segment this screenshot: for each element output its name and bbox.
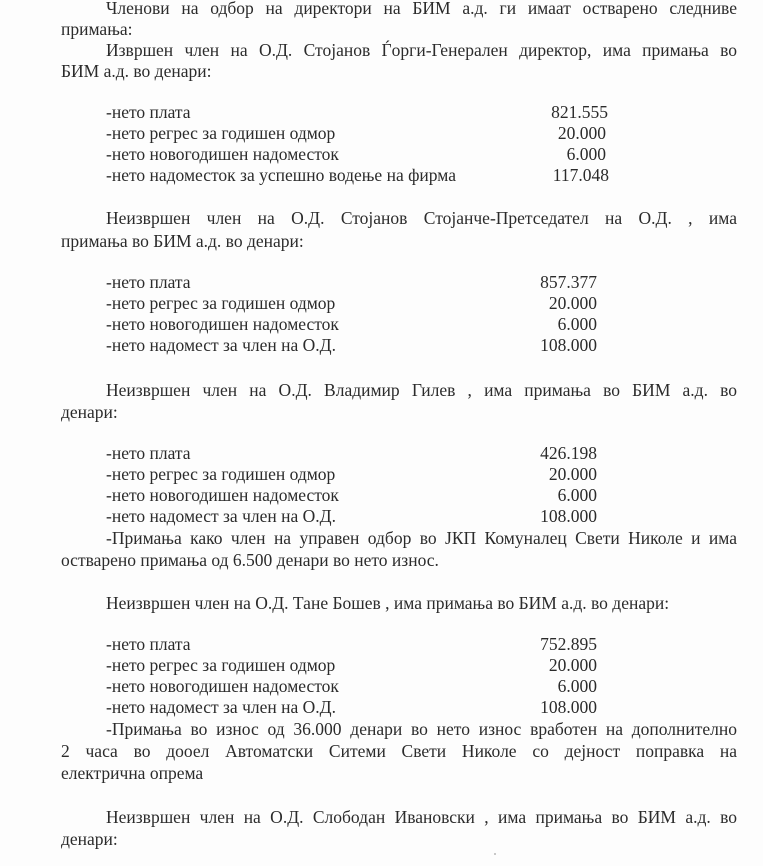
income-label: -нето новогодишен надоместок <box>106 314 339 335</box>
income-label: -нето плата <box>106 634 191 655</box>
income-label: -нето регрес за годишен одмор <box>106 293 335 314</box>
income-amount: 20.000 <box>477 655 597 676</box>
income-amount: 752.895 <box>477 634 597 655</box>
scan-speck <box>494 853 496 855</box>
note-boshev-line-1: -Примања во износ од 36.000 денари во не… <box>61 719 737 740</box>
member-heading-gjorgi-line-2: БИМ а.д. во денари: <box>61 61 737 82</box>
income-label: -нето плата <box>106 102 191 123</box>
note-boshev-line-3: електрична опрема <box>61 763 737 784</box>
member-heading-stojanche: Неизвршен член на О.Д. Стојанов Стојанче… <box>61 208 737 229</box>
member-heading-ivanovski-line-2: денари: <box>61 829 737 850</box>
income-amount: 108.000 <box>477 506 597 527</box>
income-amount: 108.000 <box>477 335 597 356</box>
member-heading-stojanche-line-2: примања во БИМ а.д. во денари: <box>61 231 737 252</box>
income-label: -нето плата <box>106 272 191 293</box>
income-amount: 20.000 <box>477 464 597 485</box>
income-label: -нето надомест за член на О.Д. <box>106 506 336 527</box>
income-amount: 108.000 <box>477 697 597 718</box>
member-heading-ivanovski: Неизвршен член на О.Д. Слободан Ивановск… <box>61 807 737 828</box>
income-label: -нето надоместок за успешно водење на фи… <box>106 165 456 186</box>
income-label: -нето регрес за годишен одмор <box>106 464 335 485</box>
member-heading-gilev: Неизвршен член на О.Д. Владимир Гилев , … <box>61 380 737 401</box>
income-amount: 821.555 <box>488 102 608 123</box>
member-heading-gjorgi: Извршен член на О.Д. Стојанов Ѓорги-Гене… <box>61 40 737 61</box>
member-heading-boshev: Неизвршен член на О.Д. Тане Бошев , има … <box>61 593 737 614</box>
income-label: -нето надомест за член на О.Д. <box>106 697 336 718</box>
income-amount: 6.000 <box>477 485 597 506</box>
note-gilev-line-2: остварено примања од 6.500 денари во нет… <box>61 550 737 571</box>
intro-line-2: примања: <box>61 19 737 40</box>
income-amount: 20.000 <box>486 123 606 144</box>
income-amount: 6.000 <box>486 144 606 165</box>
income-label: -нето регрес за годишен одмор <box>106 123 335 144</box>
income-amount: 6.000 <box>477 314 597 335</box>
income-label: -нето надомест за член на О.Д. <box>106 335 336 356</box>
income-label: -нето новогодишен надоместок <box>106 676 339 697</box>
note-gilev-line-1: -Примања како член на управен одбор во Ј… <box>61 528 737 549</box>
member-heading-gilev-line-2: денари: <box>61 402 737 423</box>
income-amount: 857.377 <box>477 272 597 293</box>
income-amount: 426.198 <box>477 443 597 464</box>
income-amount: 117.048 <box>489 165 609 186</box>
intro-line-1: Членови на одбор на директори на БИМ а.д… <box>61 0 737 19</box>
income-amount: 20.000 <box>477 293 597 314</box>
document-page: Членови на одбор на директори на БИМ а.д… <box>0 0 763 866</box>
income-label: -нето регрес за годишен одмор <box>106 655 335 676</box>
income-amount: 6.000 <box>477 676 597 697</box>
note-boshev-line-2: 2 часа во дооел Автоматски Ситеми Свети … <box>61 741 737 762</box>
income-label: -нето новогодишен надоместок <box>106 485 339 506</box>
income-label: -нето плата <box>106 443 191 464</box>
income-label: -нето новогодишен надоместок <box>106 144 339 165</box>
